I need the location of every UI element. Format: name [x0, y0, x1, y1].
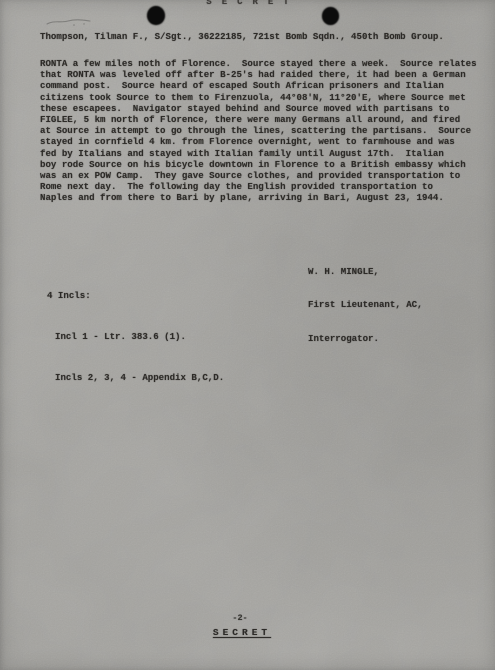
hole-punch-icon [147, 6, 165, 25]
page-number: -2- [0, 613, 480, 623]
enclosure-item: Incls 2, 3, 4 - Appendix B,C,D. [55, 371, 224, 385]
signature-block: W. H. MINGLE, First Lieutenant, AC, Inte… [308, 243, 423, 367]
pencil-mark [44, 15, 100, 29]
hole-punch-icon [322, 7, 339, 25]
report-body: RONTA a few miles noth of Florence. Sour… [40, 58, 477, 204]
signature-rank: First Lieutenant, AC, [308, 299, 423, 310]
enclosure-item: Incl 1 - Ltr. 383.6 (1). [55, 330, 224, 344]
scanned-document-page: SECRET Thompson, Tilman F., S/Sgt., 3622… [0, 0, 495, 670]
enclosures-heading: 4 Incls: [47, 289, 224, 303]
classification-stamp-top: SECRET [0, 0, 495, 7]
classification-stamp-bottom: SECRET [0, 627, 480, 638]
enclosures-block: 4 Incls: Incl 1 - Ltr. 383.6 (1). Incls … [47, 262, 224, 412]
subject-line: Thompson, Tilman F., S/Sgt., 36222185, 7… [40, 31, 444, 42]
signature-name: W. H. MINGLE, [308, 266, 423, 277]
signature-role: Interrogator. [308, 333, 423, 344]
